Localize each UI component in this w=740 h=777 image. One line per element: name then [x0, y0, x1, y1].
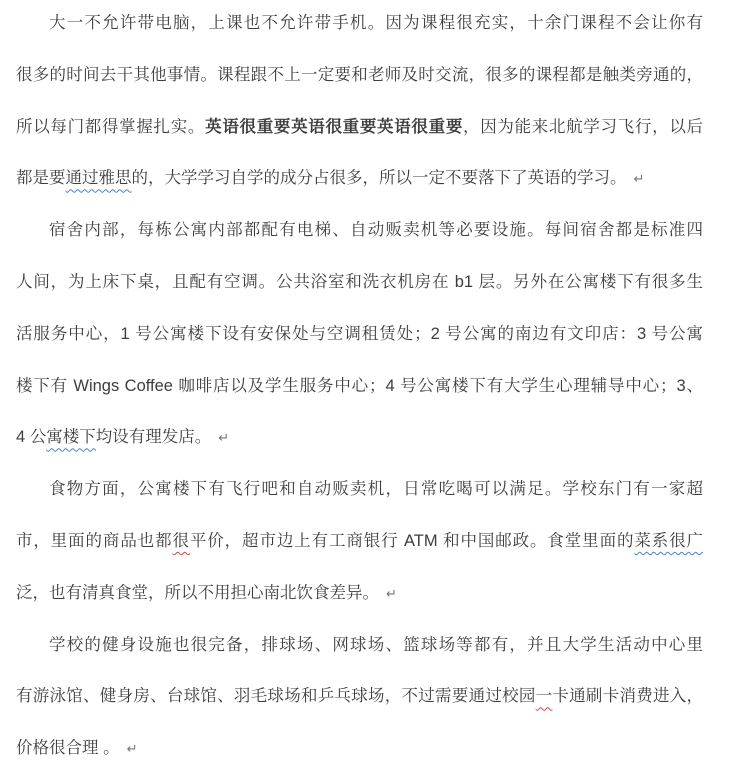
text-segment: 卡通刷卡消费进入，: [552, 687, 703, 705]
text-segment: 所以每门都得掌握扎实。: [16, 118, 205, 136]
grammar-flagged-text: 寓楼下: [46, 428, 96, 446]
text-segment: 很多的时间去干其他事情。课程跟不上一定要和老师及时交流，很多的课程都是触类旁通的…: [16, 66, 703, 84]
text-segment: 有游泳馆、健身房、台球馆、羽毛球场和乒乓球场，不过需要通过校园: [16, 687, 536, 705]
document-page: 大一不允许带电脑，上课也不允许带手机。因为课程很充实，十余门课程不会让你有很多的…: [0, 0, 740, 777]
text-line: 泛，也有清真食堂，所以不用担心南北饮食差异。↵: [16, 568, 703, 620]
text-line: 有游泳馆、健身房、台球馆、羽毛球场和乒乓球场，不过需要通过校园一卡通刷卡消费进入…: [16, 671, 703, 723]
text-line: 食物方面，公寓楼下有飞行吧和自动贩卖机，日常吃喝可以满足。学校东门有一家超: [16, 464, 703, 516]
paragraph-mark-icon: ↵: [634, 171, 645, 186]
text-segment: 人间，为上床下桌，且配有空调。公共浴室和洗衣机房在 b1 层。另外在公寓楼下有很…: [16, 273, 703, 291]
grammar-flagged-text: 菜系很广: [634, 532, 703, 550]
text-line: 大一不允许带电脑，上课也不允许带手机。因为课程很充实，十余门课程不会让你有: [16, 0, 703, 50]
text-segment: 宿舍内部，每栋公寓内部都配有电梯、自动贩卖机等必要设施。每间宿舍都是标准四: [49, 221, 703, 239]
text-line: 市，里面的商品也都很平价，超市边上有工商银行 ATM 和中国邮政。食堂里面的菜系…: [16, 516, 703, 568]
text-segment: 的，大学学习自学的成分占很多，所以一定不要落下了英语的学习。: [132, 169, 627, 187]
text-line: 所以每门都得掌握扎实。英语很重要英语很重要英语很重要，因为能来北航学习飞行，以后: [16, 102, 703, 154]
text-segment: 4 公: [16, 428, 46, 446]
paragraph-mark-icon: ↵: [218, 430, 229, 445]
text-line: 宿舍内部，每栋公寓内部都配有电梯、自动贩卖机等必要设施。每间宿舍都是标准四: [16, 205, 703, 257]
text-line: 人间，为上床下桌，且配有空调。公共浴室和洗衣机房在 b1 层。另外在公寓楼下有很…: [16, 257, 703, 309]
text-segment: 活服务中心，1 号公寓楼下设有安保处与空调租赁处；2 号公寓的南边有文印店：3 …: [16, 325, 703, 343]
text-segment: 市，里面的商品也都: [16, 532, 173, 550]
spellcheck-flagged-text: 很: [173, 532, 190, 550]
text-line: 很多的时间去干其他事情。课程跟不上一定要和老师及时交流，很多的课程都是触类旁通的…: [16, 50, 703, 102]
text-segment: 食物方面，公寓楼下有飞行吧和自动贩卖机，日常吃喝可以满足。学校东门有一家超: [49, 480, 703, 498]
text-segment: 都是要: [16, 169, 66, 187]
text-line: 价格很合理 。↵: [16, 723, 703, 775]
text-line: 4 公寓楼下均设有理发店。↵: [16, 412, 703, 464]
text-line: 都是要通过雅思的，大学学习自学的成分占很多，所以一定不要落下了英语的学习。↵: [16, 153, 703, 205]
text-line: 活服务中心，1 号公寓楼下设有安保处与空调租赁处；2 号公寓的南边有文印店：3 …: [16, 309, 703, 361]
document-body[interactable]: 大一不允许带电脑，上课也不允许带手机。因为课程很充实，十余门课程不会让你有很多的…: [16, 0, 703, 775]
bold-text: 英语很重要英语很重要英语很重要: [205, 118, 463, 136]
text-segment: 均设有理发店。: [96, 428, 212, 446]
text-line: 学校的健身设施也很完备，排球场、网球场、篮球场等都有，并且大学生活动中心里: [16, 620, 703, 672]
grammar-flagged-text: 通过雅思: [66, 169, 132, 187]
text-segment: 大一不允许带电脑，上课也不允许带手机。因为课程很充实，十余门课程不会让你有: [49, 14, 703, 32]
text-segment: ，因为能来北航学习飞行，以后: [463, 118, 703, 136]
paragraph-mark-icon: ↵: [127, 741, 138, 756]
text-line: 楼下有 Wings Coffee 咖啡店以及学生服务中心；4 号公寓楼下有大学生…: [16, 361, 703, 413]
text-segment: 价格很合理 。: [16, 739, 120, 757]
text-segment: 楼下有 Wings Coffee 咖啡店以及学生服务中心；4 号公寓楼下有大学生…: [16, 377, 703, 395]
text-segment: 平价，超市边上有工商银行 ATM 和中国邮政。食堂里面的: [190, 532, 634, 550]
spellcheck-flagged-text: 一: [536, 687, 553, 705]
paragraph-mark-icon: ↵: [386, 586, 397, 601]
text-segment: 泛，也有清真食堂，所以不用担心南北饮食差异。: [16, 584, 379, 602]
text-segment: 学校的健身设施也很完备，排球场、网球场、篮球场等都有，并且大学生活动中心里: [49, 636, 703, 654]
